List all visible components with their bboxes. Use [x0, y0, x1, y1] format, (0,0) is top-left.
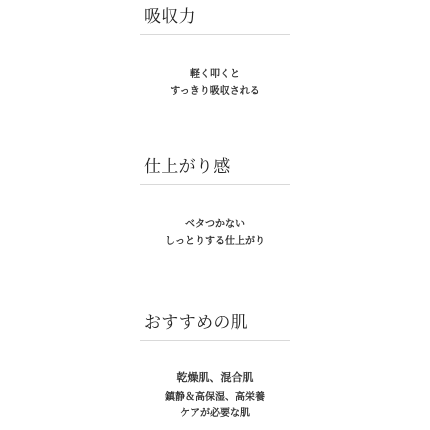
body-line: ベタつかない: [140, 216, 290, 233]
section-divider: [140, 340, 290, 341]
body-line: ケアが必要な肌: [140, 406, 290, 422]
section-recommended-skin: おすすめの肌 乾燥肌、混合肌 鎮静＆高保湿、高栄養 ケアが必要な肌: [140, 314, 290, 422]
section-body: 軽く叩くと すっきり吸収される: [140, 66, 290, 100]
body-line: 軽く叩くと: [140, 66, 290, 83]
product-info-panel: 吸収力 軽く叩くと すっきり吸収される 仕上がり感 ベタつかない しっとりする仕…: [140, 0, 290, 422]
section-finish: 仕上がり感 ベタつかない しっとりする仕上がり: [140, 158, 290, 250]
section-title: おすすめの肌: [140, 314, 290, 332]
body-line: 鎮静＆高保湿、高栄養: [140, 390, 290, 406]
body-line: しっとりする仕上がり: [140, 233, 290, 250]
body-line-highlight: 乾燥肌、混合肌: [140, 370, 290, 386]
section-title: 仕上がり感: [140, 158, 290, 176]
section-divider: [140, 184, 290, 185]
section-title: 吸収力: [140, 8, 290, 26]
section-absorbency: 吸収力 軽く叩くと すっきり吸収される: [140, 8, 290, 100]
section-body: ベタつかない しっとりする仕上がり: [140, 216, 290, 250]
section-body: 乾燥肌、混合肌 鎮静＆高保湿、高栄養 ケアが必要な肌: [140, 370, 290, 422]
body-line: すっきり吸収される: [140, 83, 290, 100]
section-divider: [140, 34, 290, 35]
